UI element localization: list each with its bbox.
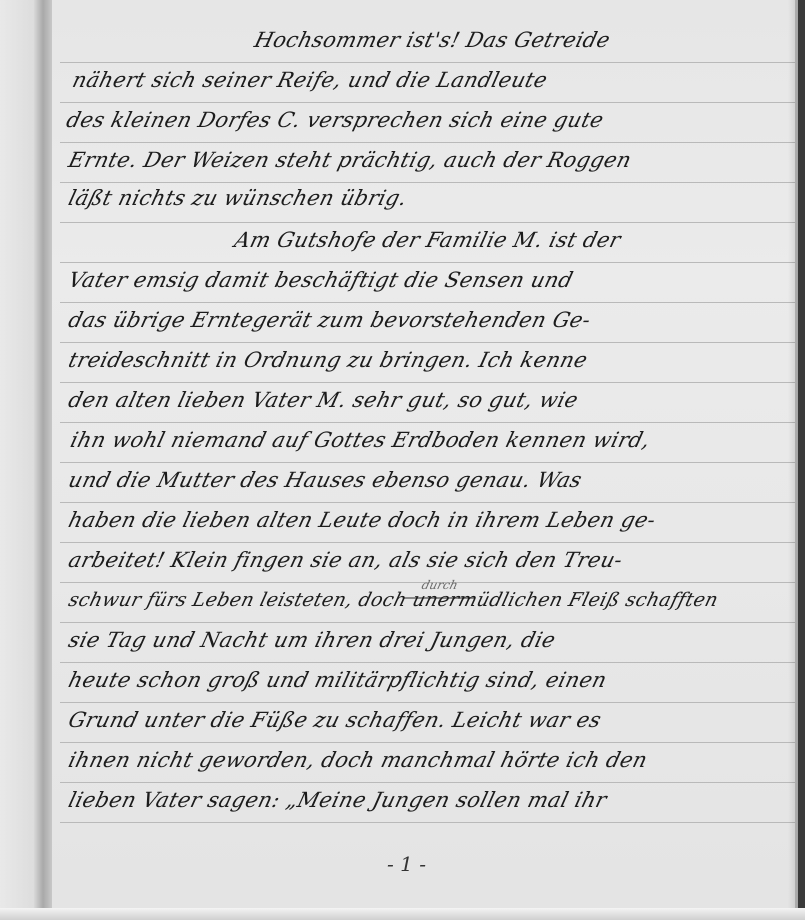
handwritten-line: des kleinen Dorfes C. versprechen sich e… [62, 100, 608, 140]
handwritten-line: Ernte. Der Weizen steht prächtig, auch d… [64, 140, 636, 180]
handwritten-line: treideschnitt in Ordnung zu bringen. Ich… [64, 340, 592, 380]
handwritten-line: Grund unter die Füße zu schaffen. Leicht… [64, 700, 606, 740]
handwritten-line: sie Tag und Nacht um ihren drei Jungen, … [64, 620, 560, 660]
handwritten-line: ihnen nicht geworden, doch manchmal hört… [64, 740, 652, 780]
handwritten-line: läßt nichts zu wünschen übrig. [64, 178, 412, 218]
handwritten-line: Vater emsig damit beschäftigt die Sensen… [64, 260, 578, 300]
notebook-gutter [34, 0, 54, 912]
page-shadow-edge [798, 0, 805, 920]
handwritten-line: nähert sich seiner Reife, und die Landle… [68, 60, 552, 100]
handwritten-line: haben die lieben alten Leute doch in ihr… [64, 500, 660, 540]
handwritten-line: und die Mutter des Hauses ebenso genau. … [64, 460, 586, 500]
page-bottom-edge [0, 908, 805, 920]
ruled-line [60, 822, 795, 823]
page-number: - 1 - [387, 852, 426, 876]
handwritten-line: Am Gutshofe der Familie M. ist der [230, 220, 625, 260]
handwritten-line: schwur fürs Leben leisteten, doch unermü… [64, 580, 723, 620]
handwritten-line: arbeitet! Klein fingen sie an, als sie s… [64, 540, 627, 580]
handwritten-line: lieben Vater sagen: „Meine Jungen sollen… [64, 780, 611, 820]
handwritten-line: heute schon groß und militärpflichtig si… [64, 660, 611, 700]
handwritten-line: den alten lieben Vater M. sehr gut, so g… [64, 380, 583, 420]
handwritten-line: ihn wohl niemand auf Gottes Erdboden ken… [66, 420, 655, 460]
handwritten-line: das übrige Erntegerät zum bevorstehenden… [64, 300, 595, 340]
handwritten-line: Hochsommer ist's! Das Getreide [250, 20, 615, 60]
notebook-page: Hochsommer ist's! Das Getreide nähert si… [52, 0, 798, 911]
